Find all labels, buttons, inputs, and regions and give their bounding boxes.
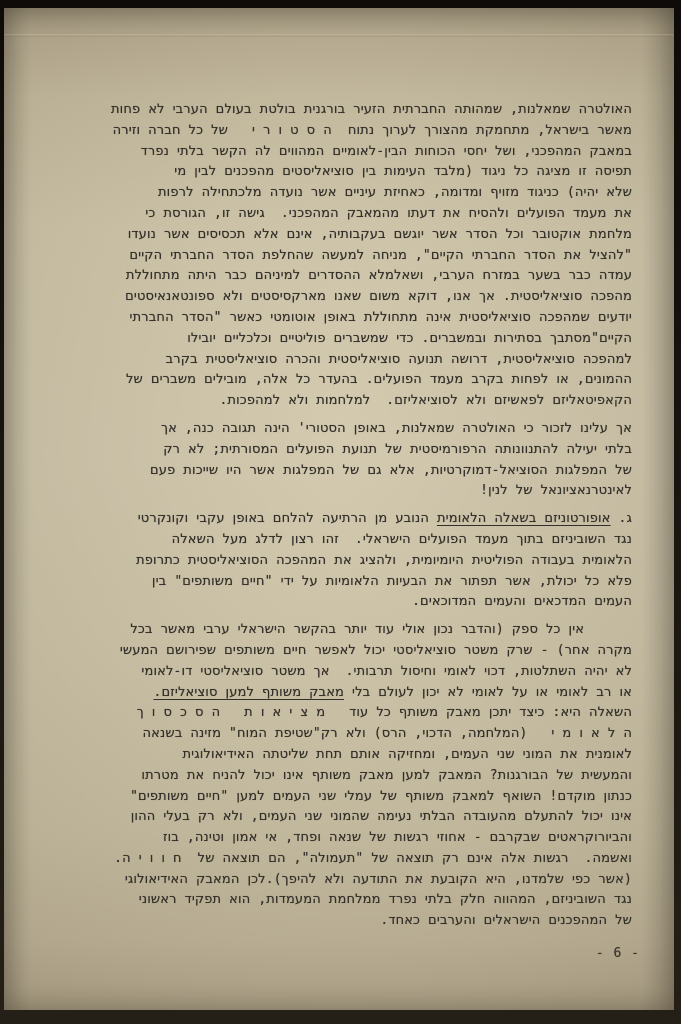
text-line: מאשר בישראל, מתחמקת מהצורך לערוך נתוח ה … [54, 121, 632, 142]
text-segment: מקרה אחר) - שרק משטר סוציאליסטי יכול לאפ… [120, 643, 632, 658]
paragraph: ג. אופורטוניזם בשאלה הלאומית הנובע מן הר… [54, 509, 632, 613]
text-segment: מלחמת אוקטובר וכל הסדר אשר יוגשם בעקבותי… [128, 227, 632, 242]
text-segment: או רב לאומי או על לאומי לא יכון לעולם בל… [344, 685, 632, 700]
text-segment: (אשר כפי שלמדנו, היא הקובעת את התודעה ול… [125, 872, 632, 887]
text-segment: האולטרה שמאלנות, שמהותה החברתית הזעיר בו… [111, 102, 632, 117]
paragraph: אין כל ספק (והדבר נכון אולי עוד יותר בהק… [54, 620, 632, 932]
text-line: מקרה אחר) - שרק משטר סוציאליסטי יכול לאפ… [54, 641, 632, 662]
text-line: השאלה היא: כיצד יתכן מאבק משותף כל עוד מ… [54, 703, 632, 724]
text-segment: יודעים שמהפכה סוציאליסטית אינה מתחוללת ב… [130, 310, 632, 325]
text-segment: הקאפיטאליזם לפאשיזם ולא לסוציאליזם. למלח… [219, 393, 632, 408]
text-line: מהפכה סוציאליסטית. אך אנו, דוקא משום שאנ… [54, 287, 632, 308]
text-segment: נגד השוביניזם, המהווה חלק בלתי נפרד ממלח… [139, 892, 632, 907]
text-segment: של המפלגות הסוציאל-דמוקרטיות, אלא גם של … [150, 463, 632, 478]
text-line: של המפלגות הסוציאל-דמוקרטיות, אלא גם של … [54, 461, 632, 482]
text-line: והביורוקראטים שבקרבם - אחוזי רגשות של שנ… [54, 828, 632, 849]
text-segment: ההמונים, או לפחות בקרב מעמד הפועלים. בהע… [126, 372, 632, 387]
text-segment: הקיים"מסתבך בסתירות ובמשברים. כדי שמשברי… [187, 331, 632, 346]
scanned-photo-background: האולטרה שמאלנות, שמהותה החברתית הזעיר בו… [0, 0, 681, 1024]
text-segment: הנובע מן הרתיעה להלחם באופן עקבי וקונקרט… [138, 511, 437, 526]
text-line: שלא יהיה) כניגוד מזויף ומדומה, כאחיזת עי… [54, 183, 632, 204]
text-line: כנתון מוקדם! השואף למאבק משותף של עמלי ש… [54, 787, 632, 808]
text-segment: לאומנית את המוני שני העמים, ומחזיקה אותם… [182, 747, 632, 762]
text-line: העמים המדכאים והעמים המדוכאים. [54, 592, 632, 613]
paragraph: אך עלינו לזכור כי האולטרה שמאלנות, באופן… [54, 419, 632, 502]
text-segment: מאשר בישראל, מתחמקת מהצורך לערוך נתוח ה … [113, 123, 632, 138]
text-segment: כנתון מוקדם! השואף למאבק משותף של עמלי ש… [130, 789, 632, 804]
text-line: (אשר כפי שלמדנו, היא הקובעת את התודעה ול… [54, 870, 632, 891]
text-segment: אך עלינו לזכור כי האולטרה שמאלנות, באופן… [161, 421, 632, 436]
text-line: והמעשית של הבורגנות? המאבק למען מאבק משו… [54, 766, 632, 787]
text-line: נגד השוביניזם בתוך מעמד הפועלים הישראלי.… [54, 530, 632, 551]
text-line: למהפכה סוציאליסטית, דרושה תנועה סוציאליס… [54, 350, 632, 371]
text-line: פלא כל יכולת, אשר תפתור את הבעיות הלאומי… [54, 572, 632, 593]
text-line: ההמונים, או לפחות בקרב מעמד הפועלים. בהע… [54, 370, 632, 391]
underlined-text: מאבק משותף למען סוציאליזם. [154, 685, 345, 700]
text-line: ואשמה. רגשות אלה אינם רק תוצאה של "תעמול… [54, 849, 632, 870]
text-line: אינו יכול להתעלם מהעובדה הבלתי נעימה שהמ… [54, 807, 632, 828]
text-segment: מהפכה סוציאליסטית. אך אנו, דוקא משום שאנ… [125, 289, 632, 304]
paper-crease [4, 34, 674, 37]
text-segment: "להציל את הסדר החברתי הקיים", מניחה למעש… [129, 248, 632, 263]
text-segment: והמעשית של הבורגנות? המאבק למען מאבק משו… [141, 768, 632, 783]
text-segment: אינו יכול להתעלם מהעובדה הבלתי נעימה שהמ… [131, 809, 632, 824]
text-line: "להציל את הסדר החברתי הקיים", מניחה למעש… [54, 246, 632, 267]
text-segment: לאינטרנאציונאל של לנין! [480, 483, 632, 498]
text-line: עמדה כבר בשער במזרח הערבי, ושאלמלא ההסדר… [54, 266, 632, 287]
text-line: בלתי יעילה להתנוונותה הרפורמיסטית של תנו… [54, 440, 632, 461]
text-segment: תפיסה זו מציגה כל ניגוד (מלבד העימות בין… [174, 164, 632, 179]
text-segment: בלתי יעילה להתנוונותה הרפורמיסטית של תנו… [163, 442, 632, 457]
text-segment: והביורוקראטים שבקרבם - אחוזי רגשות של שנ… [163, 830, 632, 845]
text-segment: השאלה היא: כיצד יתכן מאבק משותף כל עוד מ… [137, 705, 632, 720]
text-segment: של המהפכנים הישראלים והערבים כאחד. [380, 913, 632, 928]
paragraph: האולטרה שמאלנות, שמהותה החברתית הזעיר בו… [54, 100, 632, 412]
text-segment: נגד השוביניזם בתוך מעמד הפועלים הישראלי.… [172, 532, 632, 547]
text-segment: למהפכה סוציאליסטית, דרושה תנועה סוציאליס… [166, 352, 632, 367]
text-line: הקאפיטאליזם לפאשיזם ולא לסוציאליזם. למלח… [54, 391, 632, 412]
page-number: - 6 - [596, 946, 640, 961]
text-segment: אין כל ספק (והדבר נכון אולי עוד יותר בהק… [130, 622, 632, 637]
underlined-text: אופורטוניזם בשאלה הלאומית [437, 511, 611, 526]
text-line: ה ל א ו מ י (המלחמה, הדכוי, הרס) ולא רק"… [54, 724, 632, 745]
text-line: הקיים"מסתבך בסתירות ובמשברים. כדי שמשברי… [54, 329, 632, 350]
text-line: לא יהיה השתלטות, דכוי לאומי וחיסול תרבות… [54, 662, 632, 683]
text-segment: ה ל א ו מ י (המלחמה, הדכוי, הרס) ולא רק"… [143, 726, 632, 741]
text-segment: את מעמד הפועלים ולהסיח את דעתו מהמאבק המ… [145, 206, 632, 221]
text-line: לאומנית את המוני שני העמים, ומחזיקה אותם… [54, 745, 632, 766]
text-segment: שלא יהיה) כניגוד מזויף ומדומה, כאחיזת עי… [158, 185, 632, 200]
text-line: נגד השוביניזם, המהווה חלק בלתי נפרד ממלח… [54, 890, 632, 911]
text-segment: עמדה כבר בשער במזרח הערבי, ושאלמלא ההסדר… [126, 268, 632, 283]
text-line: יודעים שמהפכה סוציאליסטית אינה מתחוללת ב… [54, 308, 632, 329]
text-line: אין כל ספק (והדבר נכון אולי עוד יותר בהק… [54, 620, 632, 641]
text-segment: ג. [611, 511, 632, 526]
text-segment: פלא כל יכולת, אשר תפתור את הבעיות הלאומי… [152, 574, 632, 589]
text-segment: העמים המדכאים והעמים המדוכאים. [412, 594, 632, 609]
text-segment: ואשמה. רגשות אלה אינם רק תוצאה של "תעמול… [114, 851, 632, 866]
text-line: מלחמת אוקטובר וכל הסדר אשר יוגשם בעקבותי… [54, 225, 632, 246]
text-segment: במאבק המהפכני, ושל יחסי הכוחות הבין-לאומ… [141, 144, 632, 159]
text-segment: לא יהיה השתלטות, דכוי לאומי וחיסול תרבות… [141, 664, 632, 679]
text-line: או רב לאומי או על לאומי לא יכון לעולם בל… [54, 683, 632, 704]
text-line: את מעמד הפועלים ולהסיח את דעתו מהמאבק המ… [54, 204, 632, 225]
document-page: האולטרה שמאלנות, שמהותה החברתית הזעיר בו… [4, 8, 674, 1010]
text-line: אך עלינו לזכור כי האולטרה שמאלנות, באופן… [54, 419, 632, 440]
text-line: תפיסה זו מציגה כל ניגוד (מלבד העימות בין… [54, 162, 632, 183]
typewritten-text-block: האולטרה שמאלנות, שמהותה החברתית הזעיר בו… [54, 100, 632, 932]
text-line: האולטרה שמאלנות, שמהותה החברתית הזעיר בו… [54, 100, 632, 121]
text-line: הלאומית בעבודה הפוליטית היומיומית, ולהצי… [54, 551, 632, 572]
text-line: של המהפכנים הישראלים והערבים כאחד. [54, 911, 632, 932]
text-line: ג. אופורטוניזם בשאלה הלאומית הנובע מן הר… [54, 509, 632, 530]
text-line: במאבק המהפכני, ושל יחסי הכוחות הבין-לאומ… [54, 142, 632, 163]
text-segment: הלאומית בעבודה הפוליטית היומיומית, ולהצי… [136, 553, 632, 568]
text-line: לאינטרנאציונאל של לנין! [54, 481, 632, 502]
